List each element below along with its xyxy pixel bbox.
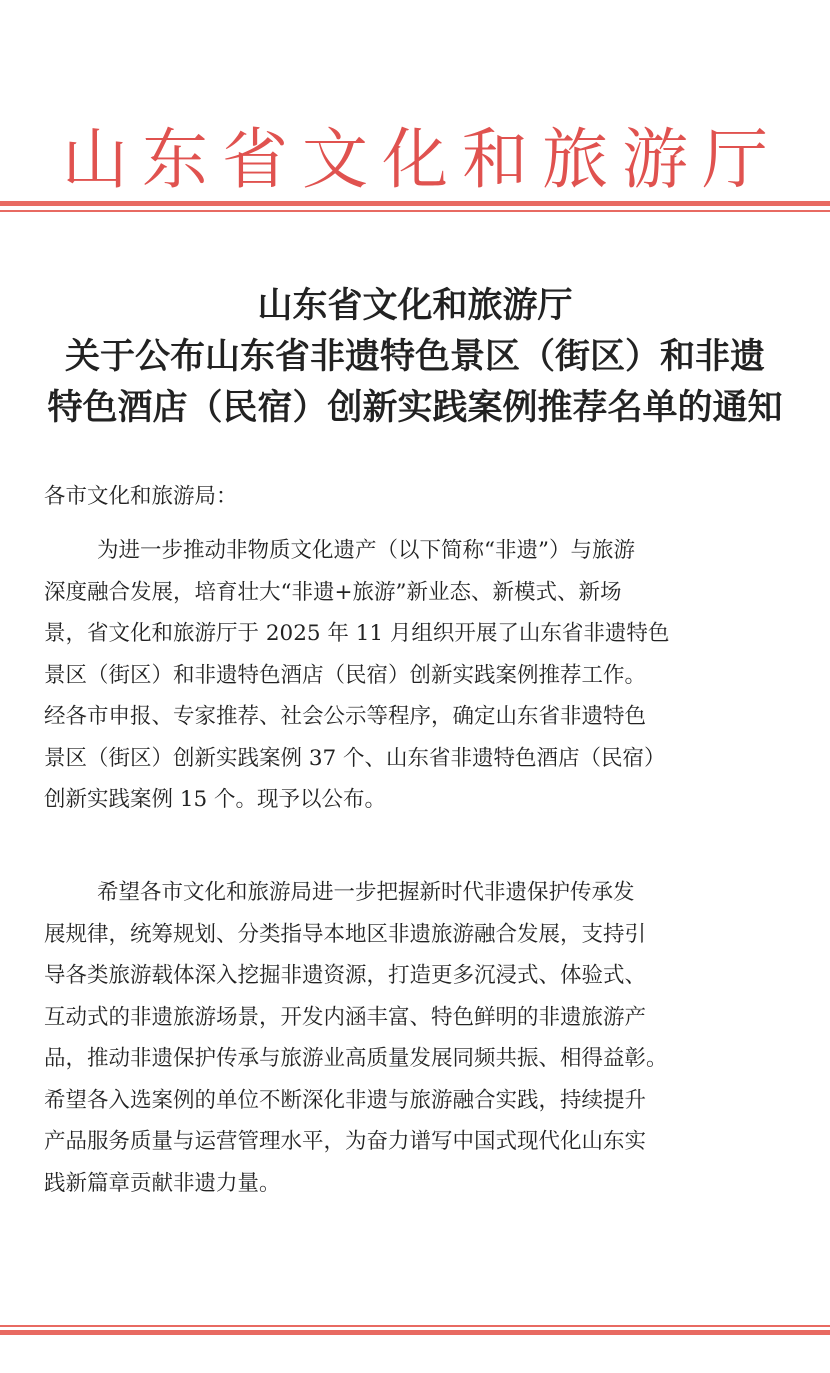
paragraph-line: 景，省文化和旅游厅于 2025 年 11 月组织开展了山东省非遗特色 <box>44 613 804 655</box>
paragraph-line: 产品服务质量与运营管理水平，为奋力谱写中国式现代化山东实 <box>44 1121 804 1163</box>
title-line: 关于公布山东省非遗特色景区（街区）和非遗 <box>0 331 830 382</box>
paragraph-line: 践新篇章贡献非遗力量。 <box>44 1163 804 1205</box>
footer-rule-thick <box>0 1330 830 1335</box>
footer-rule-thin <box>0 1325 830 1327</box>
title-line: 特色酒店（民宿）创新实践案例推荐名单的通知 <box>0 382 830 433</box>
paragraph-line: 导各类旅游载体深入挖掘非遗资源，打造更多沉浸式、体验式、 <box>44 955 804 997</box>
paragraph-line: 希望各市文化和旅游局进一步把握新时代非遗保护传承发 <box>44 872 804 914</box>
paragraph-line: 深度融合发展，培育壮大“非遗+旅游”新业态、新模式、新场 <box>44 572 804 614</box>
paragraph-line: 景区（街区）创新实践案例 37 个、山东省非遗特色酒店（民宿） <box>44 738 804 780</box>
body-paragraph-2: 希望各市文化和旅游局进一步把握新时代非遗保护传承发 展规律，统筹规划、分类指导本… <box>44 872 804 1204</box>
salutation: 各市文化和旅游局： <box>44 477 238 517</box>
paragraph-line: 展规律，统筹规划、分类指导本地区非遗旅游融合发展，支持引 <box>44 914 804 956</box>
body-paragraph-1: 为进一步推动非物质文化遗产（以下简称“非遗”）与旅游 深度融合发展，培育壮大“非… <box>44 530 804 821</box>
paragraph-line: 希望各入选案例的单位不断深化非遗与旅游融合实践，持续提升 <box>44 1080 804 1122</box>
letterhead-rule-thin <box>0 210 830 212</box>
document-title: 山东省文化和旅游厅 关于公布山东省非遗特色景区（街区）和非遗 特色酒店（民宿）创… <box>0 280 830 433</box>
letterhead-rule-thick <box>0 201 830 206</box>
paragraph-line: 品，推动非遗保护传承与旅游业高质量发展同频共振、相得益彰。 <box>44 1038 804 1080</box>
title-line: 山东省文化和旅游厅 <box>0 280 830 331</box>
paragraph-line: 互动式的非遗旅游场景，开发内涵丰富、特色鲜明的非遗旅游产 <box>44 997 804 1039</box>
paragraph-line: 创新实践案例 15 个。现予以公布。 <box>44 779 804 821</box>
paragraph-line: 景区（街区）和非遗特色酒店（民宿）创新实践案例推荐工作。 <box>44 655 804 697</box>
paragraph-line: 经各市申报、专家推荐、社会公示等程序，确定山东省非遗特色 <box>44 696 804 738</box>
paragraph-line: 为进一步推动非物质文化遗产（以下简称“非遗”）与旅游 <box>44 530 804 572</box>
letterhead-title: 山东省文化和旅游厅 <box>0 118 830 202</box>
